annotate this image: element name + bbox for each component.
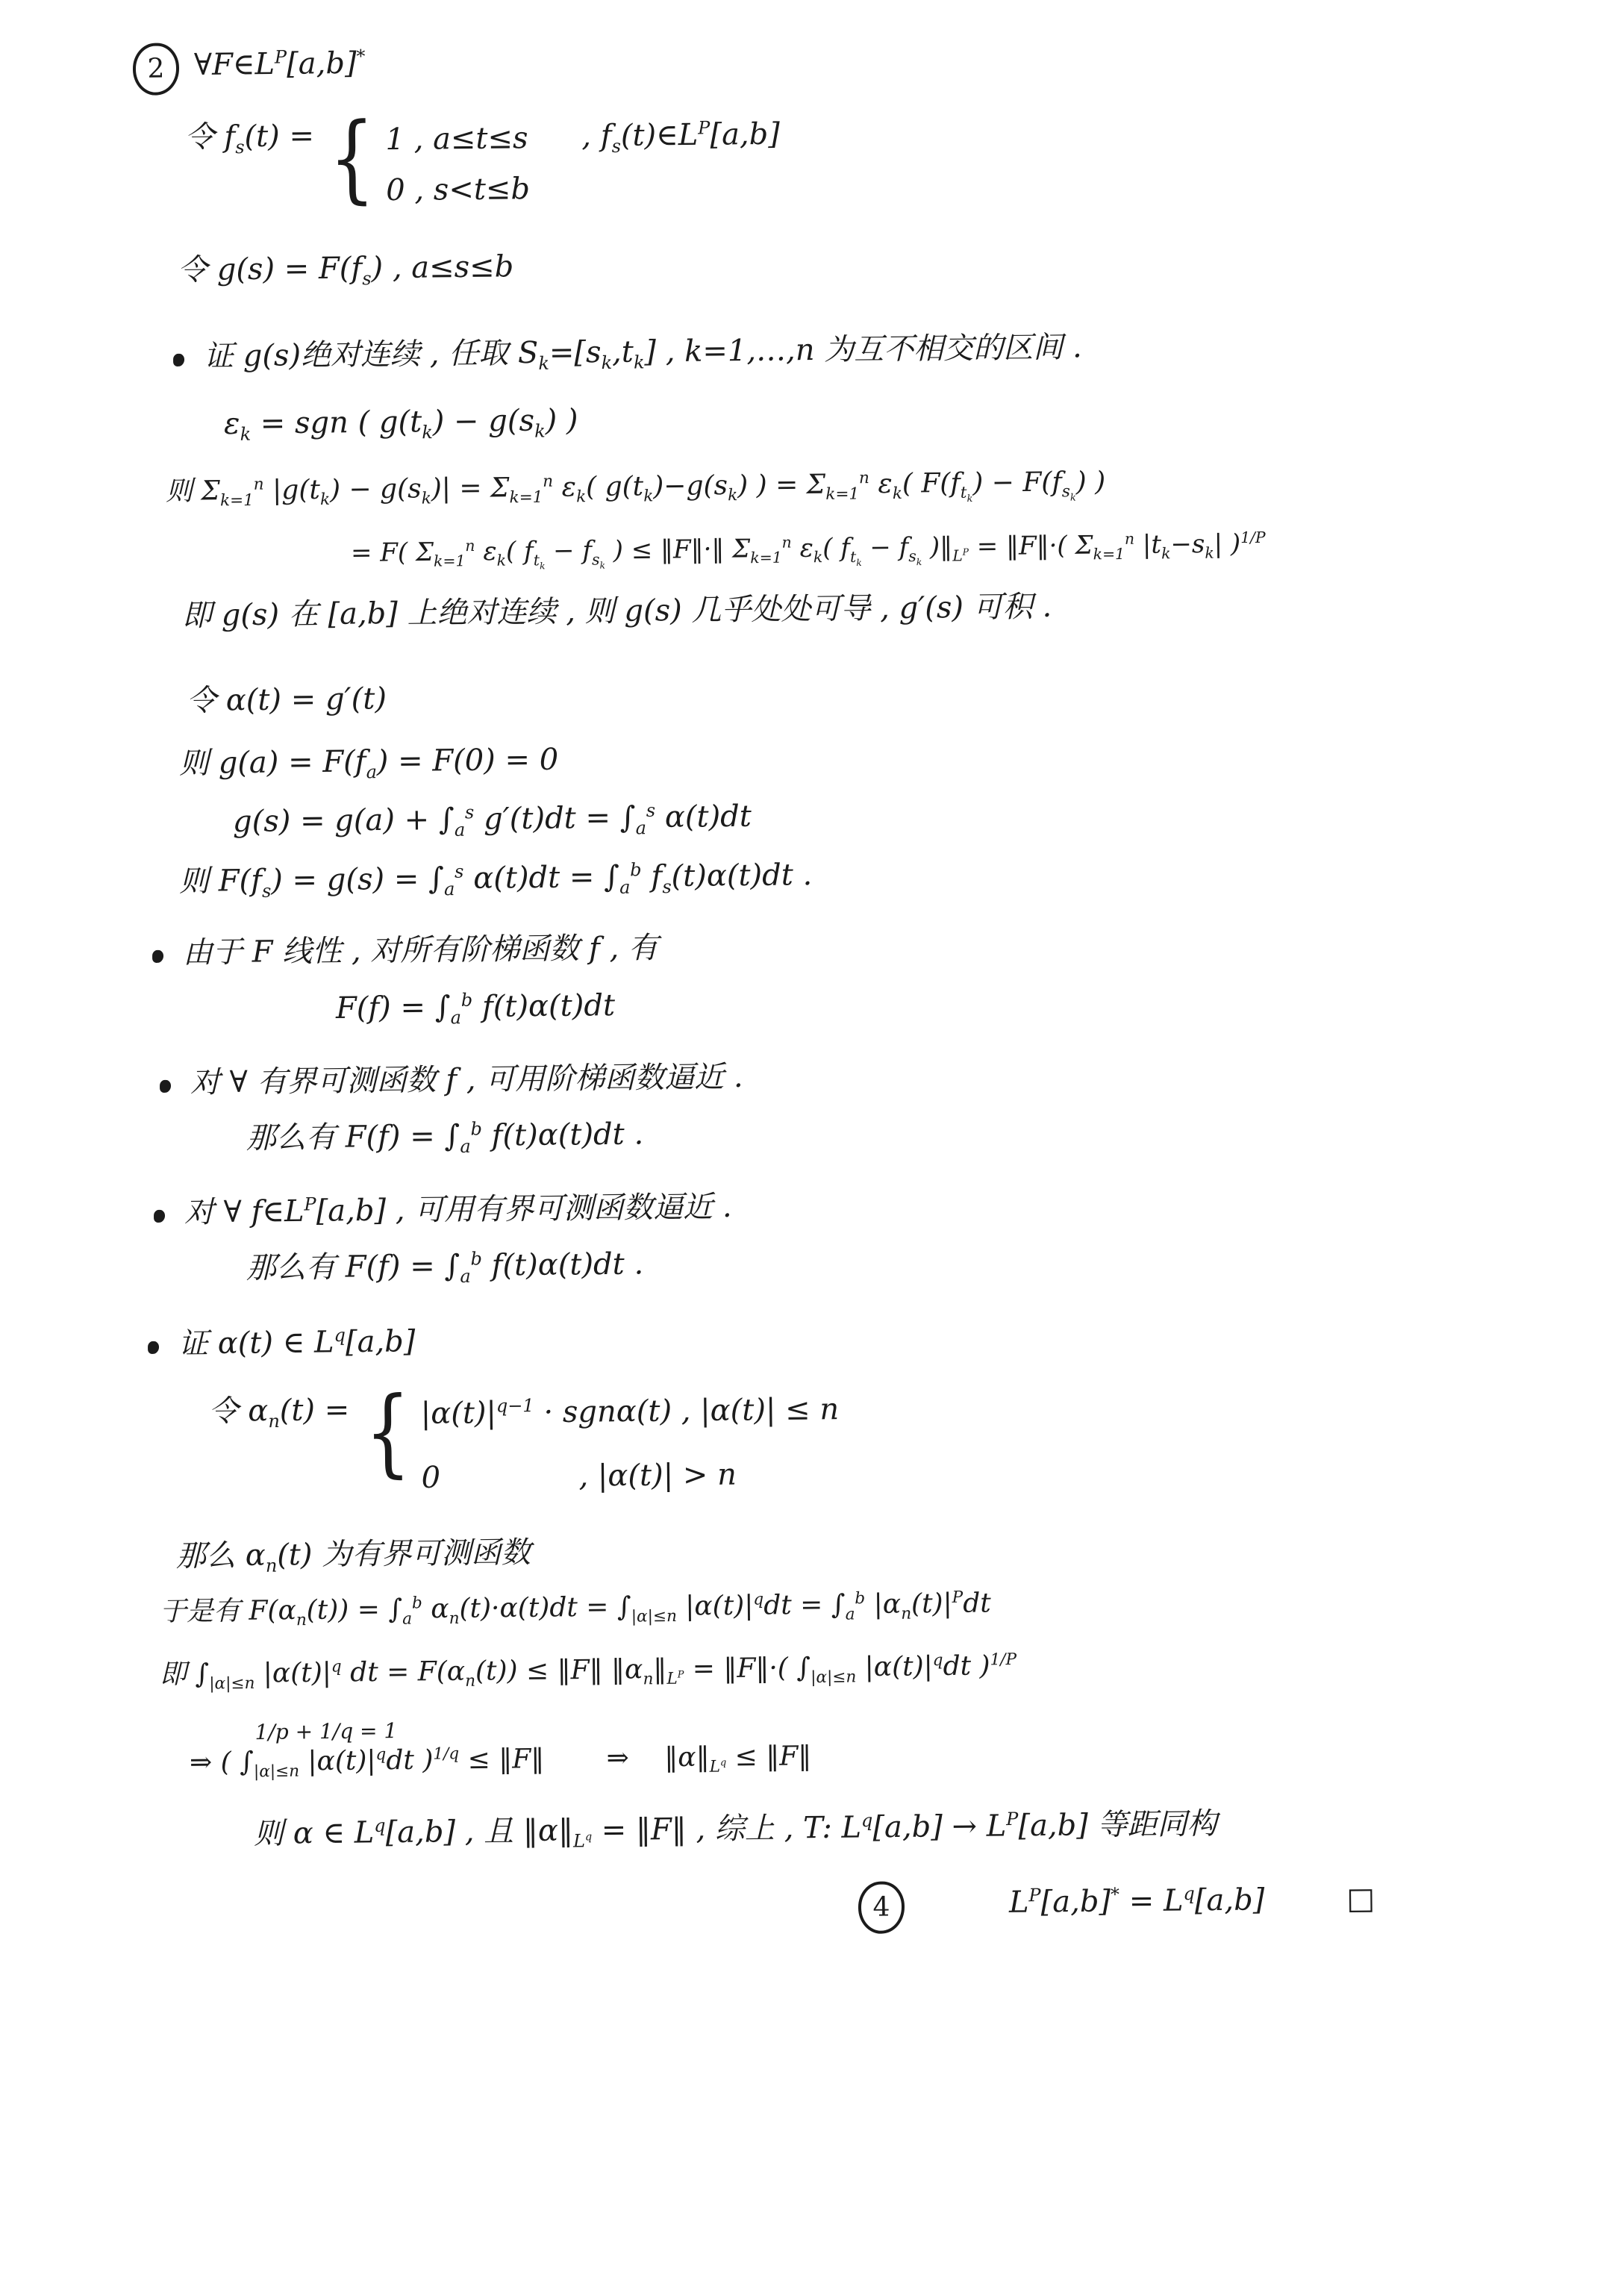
Ff-step-formula: F(f) = ∫ab f(t)α(t)dt	[336, 983, 616, 1031]
line-def-g: 令 g(s) = F(fs) , a≤s≤b	[178, 233, 1624, 293]
qed-box: □	[1346, 1876, 1375, 1921]
line-final-duality: 4 LP[a,b]* = Lq[a,b] □	[858, 1874, 1624, 1934]
line-sum-eq-2: = F( Σk=1n εk( ftk − fsk ) ≤ ‖F‖·‖ Σk=1n…	[351, 521, 1624, 573]
def-fs-case1: 1 , a≤t≤s	[385, 116, 529, 162]
F-linear-text: 由于 F 线性 , 对所有阶梯函数 f , 有	[183, 926, 659, 976]
def-fs-after: , fs(t)∈LP[a,b]	[581, 109, 780, 159]
forall-f-Lp-text: 对 ∀ f∈LP[a,b] , 可用有界可测函数逼近 .	[184, 1185, 732, 1235]
line-def-fs: 令 fs(t) = { 1 , a≤t≤s 0 , s<t≤b , fs(t)∈…	[184, 100, 1624, 215]
line-F-fs-integral: 则 F(fs) = g(s) = ∫as α(t)dt = ∫ab fs(t)α…	[179, 844, 1624, 904]
line-forall-f-Lp: 对 ∀ f∈LP[a,b] , 可用有界可测函数逼近 .	[154, 1175, 1624, 1235]
line-conclusion-isometry: 则 α ∈ Lq[a,b] , 且 ‖α‖Lq = ‖F‖ , 综上 , T: …	[254, 1797, 1624, 1856]
bullet-dot	[160, 1080, 171, 1093]
line-alpha-n-bounded: 那么 αn(t) 为有界可测函数	[176, 1519, 1624, 1579]
line-bounded-measurable: 对 ∀ 有界可测函数 f , 可用阶梯函数逼近 .	[160, 1045, 1624, 1105]
bullet-dot	[154, 1210, 165, 1223]
line-sum-eq-1: 则 Σk=1n |g(tk) − g(sk)| = Σk=1n εk( g(tk…	[166, 457, 1624, 512]
line-prove-alpha-Lq: 证 α(t) ∈ Lq[a,b]	[148, 1306, 1624, 1367]
alpha-n-bounded-text: 那么 αn(t) 为有界可测函数	[176, 1530, 531, 1579]
def-fs-intro: 令 fs(t) =	[184, 113, 314, 160]
title-formula: ∀F∈LP[a,b]*	[194, 41, 366, 87]
line-g-a-zero: 则 g(a) = F(fa) = F(0) = 0	[179, 726, 1624, 786]
then-Ff-1-formula: 那么有 F(f) = ∫ab f(t)α(t)dt .	[246, 1111, 644, 1161]
line-prove-g-abs-cont: 证 g(s)绝对连续 , 任取 Sk=[sk,tk] , k=1,…,n 为互不…	[173, 319, 1624, 379]
def-g-formula: 令 g(s) = F(fs) , a≤s≤b	[178, 244, 514, 293]
line-then-Ff-1: 那么有 F(f) = ∫ab f(t)α(t)dt .	[246, 1102, 1624, 1161]
g-a-zero-formula: 则 g(a) = F(fa) = F(0) = 0	[179, 737, 559, 786]
line-F-linear: 由于 F 线性 , 对所有阶梯函数 f , 有	[152, 915, 1624, 976]
def-alpha-n-cases: |α(t)|q−1 · sgnα(t) , |α(t)| ≤ n 0 , |α(…	[420, 1382, 840, 1500]
F-alpha-n-formula: 于是有 F(αn(t)) = ∫ab αn(t)·α(t)dt = ∫|α|≤n…	[160, 1583, 991, 1632]
line-def-alpha: 令 α(t) = g′(t)	[187, 664, 1624, 723]
case-brace: {	[364, 1387, 410, 1478]
bullet-dot	[173, 354, 184, 366]
def-alpha-n-case1: |α(t)|q−1 · sgnα(t) , |α(t)| ≤ n	[420, 1387, 839, 1436]
F-fs-integral-formula: 则 F(fs) = g(s) = ∫as α(t)dt = ∫ab fs(t)α…	[179, 852, 813, 904]
norm-bound-formula: 即 ∫|α|≤n |α(t)|q dt = F(αn(t)) ≤ ‖F‖ ‖αn…	[160, 1646, 1017, 1695]
bullet-dot	[152, 950, 163, 963]
then-Ff-2-formula: 那么有 F(f) = ∫ab f(t)α(t)dt .	[246, 1241, 644, 1291]
bounded-measurable-text: 对 ∀ 有界可测函数 f , 可用阶梯函数逼近 .	[190, 1055, 743, 1105]
def-alpha-n-intro: 令 αn(t) =	[208, 1388, 349, 1434]
line-implication: 1/p + 1/q = 1 ⇒ ( ∫|α|≤n |α(t)|qdt )1/q …	[190, 1728, 1624, 1783]
line-then-Ff-2: 那么有 F(f) = ∫ab f(t)α(t)dt .	[246, 1232, 1624, 1291]
section-number-badge: 2	[133, 43, 180, 96]
line-Ff-step-integral: F(f) = ∫ab f(t)α(t)dt	[336, 973, 1624, 1031]
def-alpha-n-case2: 0 , |α(t)| > n	[421, 1451, 840, 1500]
page-number-badge: 4	[858, 1881, 905, 1934]
def-fs-case2: 0 , s<t≤b	[386, 166, 530, 213]
g-s-integral-formula: g(s) = g(a) + ∫as g′(t)dt = ∫as α(t)dt	[233, 794, 752, 844]
holder-conjugate-note: 1/p + 1/q = 1	[254, 1715, 397, 1748]
line-g-s-integral: g(s) = g(a) + ∫as g′(t)dt = ∫as α(t)dt	[233, 784, 1624, 844]
prove-alpha-Lq-text: 证 α(t) ∈ Lq[a,b]	[178, 1319, 416, 1366]
epsilon-formula: εk = sgn ( g(tk) − g(sk) )	[224, 398, 578, 446]
abs-cont-text: 即 g(s) 在 [a,b] 上绝对连续 , 则 g(s) 几乎处处可导 , g…	[182, 584, 1052, 638]
line-abs-cont-conclusion: 即 g(s) 在 [a,b] 上绝对连续 , 则 g(s) 几乎处处可导 , g…	[182, 578, 1624, 638]
prove-g-text: 证 g(s)绝对连续 , 任取 Sk=[sk,tk] , k=1,…,n 为互不…	[204, 325, 1082, 378]
notebook-page: 2 ∀F∈LP[a,b]* 令 fs(t) = { 1 , a≤t≤s 0 , …	[0, 0, 1624, 1934]
def-fs-cases: 1 , a≤t≤s 0 , s<t≤b	[385, 111, 530, 213]
conclusion-isometry-text: 则 α ∈ Lq[a,b] , 且 ‖α‖Lq = ‖F‖ , 综上 , T: …	[254, 1801, 1217, 1856]
final-duality-formula: LP[a,b]* = Lq[a,b]	[1009, 1877, 1265, 1925]
def-alpha-formula: 令 α(t) = g′(t)	[187, 676, 387, 723]
line-forall-F: 2 ∀F∈LP[a,b]*	[133, 28, 1624, 96]
sum-eq-2-formula: = F( Σk=1n εk( ftk − fsk ) ≤ ‖F‖·‖ Σk=1n…	[351, 525, 1266, 573]
line-def-alpha-n: 令 αn(t) = { |α(t)|q−1 · sgnα(t) , |α(t)|…	[208, 1374, 1624, 1503]
sum-eq-1-formula: 则 Σk=1n |g(tk) − g(sk)| = Σk=1n εk( g(tk…	[166, 462, 1106, 512]
line-norm-bound: 即 ∫|α|≤n |α(t)|q dt = F(αn(t)) ≤ ‖F‖ ‖αn…	[160, 1639, 1624, 1695]
bullet-dot	[148, 1341, 159, 1354]
line-epsilon-def: εk = sgn ( g(tk) − g(sk) )	[224, 387, 1624, 446]
case-brace: {	[329, 113, 375, 204]
line-F-alpha-n: 于是有 F(αn(t)) = ∫ab αn(t)·α(t)dt = ∫|α|≤n…	[160, 1576, 1624, 1632]
